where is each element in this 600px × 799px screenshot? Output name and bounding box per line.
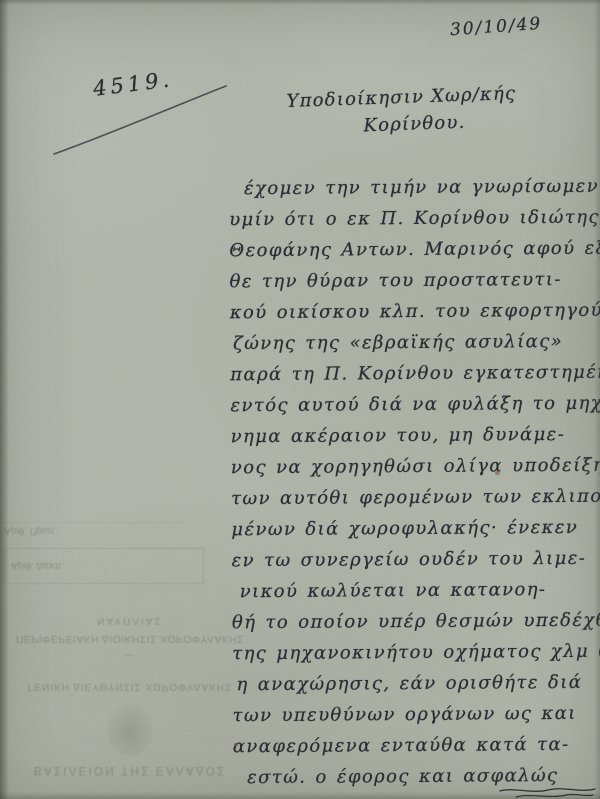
bleed-letterhead: ΒΑΣΙΛΕΙΟΝ ΤΗΣ ΕΛΛΑΔΟΣ ΓΕΝΙΚΗ ΔΙΕΥΘΥΝΣΙΣ … (6, 598, 254, 786)
body-line: νημα ακέραιον του, μη δυνάμε- (231, 419, 597, 453)
handwritten-date: 30/10/49 (449, 14, 543, 40)
body-line: μένων διά χωροφυλακής· ένεκεν (231, 512, 597, 546)
scanned-letter-page: Αριθ. Διεκπ. Αριθ. Πρωτ. ΒΑΣΙΛΕΙΟΝ ΤΗΣ Ε… (0, 0, 600, 799)
body-line: των αυτόθι φερομένων των εκλιπο- (231, 481, 597, 515)
body-line: Θεοφάνης Αντων. Μαρινός αφού εξήλ- (229, 233, 595, 267)
bleed-kingdom-title: ΒΑΣΙΛΕΙΟΝ ΤΗΣ ΕΛΛΑΔΟΣ (34, 764, 227, 778)
scan-edge-shadow-left (0, 0, 9, 799)
body-line: κού οικίσκου κλπ. του εκφορτηγού (230, 295, 596, 329)
body-line: έχομεν την τιμήν να γνωρίσωμεν (244, 171, 595, 204)
body-line: θή το οποίον υπέρ θεσμών υπεδέχθη (232, 605, 598, 639)
recipient-line-2: Κορίνθου. (363, 107, 518, 139)
protocol-number: 4519. (92, 67, 174, 101)
bleed-city-name: ΝΑΥΠΛΙΑΣ (97, 615, 162, 626)
body-line: ζώνης της «εβραϊκής ασυλίας» (233, 326, 596, 360)
body-line: παρά τη Π. Κορίνθου εγκατεστημένης (230, 357, 596, 391)
letter-body: έχομεν την τιμήν να γνωρίσωμεν υμίν ότι … (229, 171, 599, 794)
body-line: εντός αυτού διά να φυλάξη το μηχά- (230, 388, 596, 422)
body-line: νος να χορηγηθώσι ολίγα υποδείξη (231, 450, 597, 484)
bleed-regional-command: ΠΕΡΙΦΕΡΕΙΑΚΗ ΔΙΟΙΚΗΣΙΣ ΧΩΡΟΦΥΛΑΚΗΣ (16, 633, 244, 645)
bleed-form-dispatch-field: Αριθ. Διεκπ. (4, 548, 204, 584)
body-line: της μηχανοκινήτου οχήματος χλμ 6 (232, 636, 598, 670)
scan-edge-shadow-bottom (0, 792, 600, 799)
bleed-general-directorate: ΓΕΝΙΚΗ ΔΙΕΥΘΥΝΣΙΣ ΧΩΡΟΦΥΛΑΚΗΣ (28, 681, 232, 692)
bleed-form-dispatch-label: Αριθ. Διεκπ. (11, 561, 64, 572)
body-line: αναφερόμενα ενταύθα κατά τα- (233, 729, 599, 763)
scan-edge-shadow-top (0, 0, 600, 5)
body-line: υμίν ότι ο εκ Π. Κορίνθου ιδιώτης (229, 202, 595, 236)
body-line: θε την θύραν του προστατευτι- (229, 264, 595, 298)
body-line: εν τω συνεργείω ουδέν του λιμε- (231, 543, 597, 577)
body-line: των υπευθύνων οργάνων ως και (233, 698, 599, 732)
bleed-coat-of-arms-emblem (107, 704, 153, 756)
bleed-section-divider: ― (125, 651, 135, 661)
rust-stain-1 (495, 471, 500, 475)
recipient-block: Υποδιοίκησιν Χωρ/κής Κορίνθου. (286, 80, 517, 142)
bleed-form-protocol-field: Αριθ. Πρωτ. (4, 522, 184, 536)
scan-edge-shadow-right (594, 0, 600, 799)
rust-stain-2 (234, 743, 238, 747)
body-line: η αναχώρησις, εάν ορισθήτε διά (236, 667, 598, 701)
bleed-form-fields: Αριθ. Διεκπ. Αριθ. Πρωτ. (4, 492, 204, 584)
body-line: νικού κωλύεται να κατανοη- (240, 574, 598, 607)
bleed-form-protocol-label: Αριθ. Πρωτ. (4, 525, 57, 536)
